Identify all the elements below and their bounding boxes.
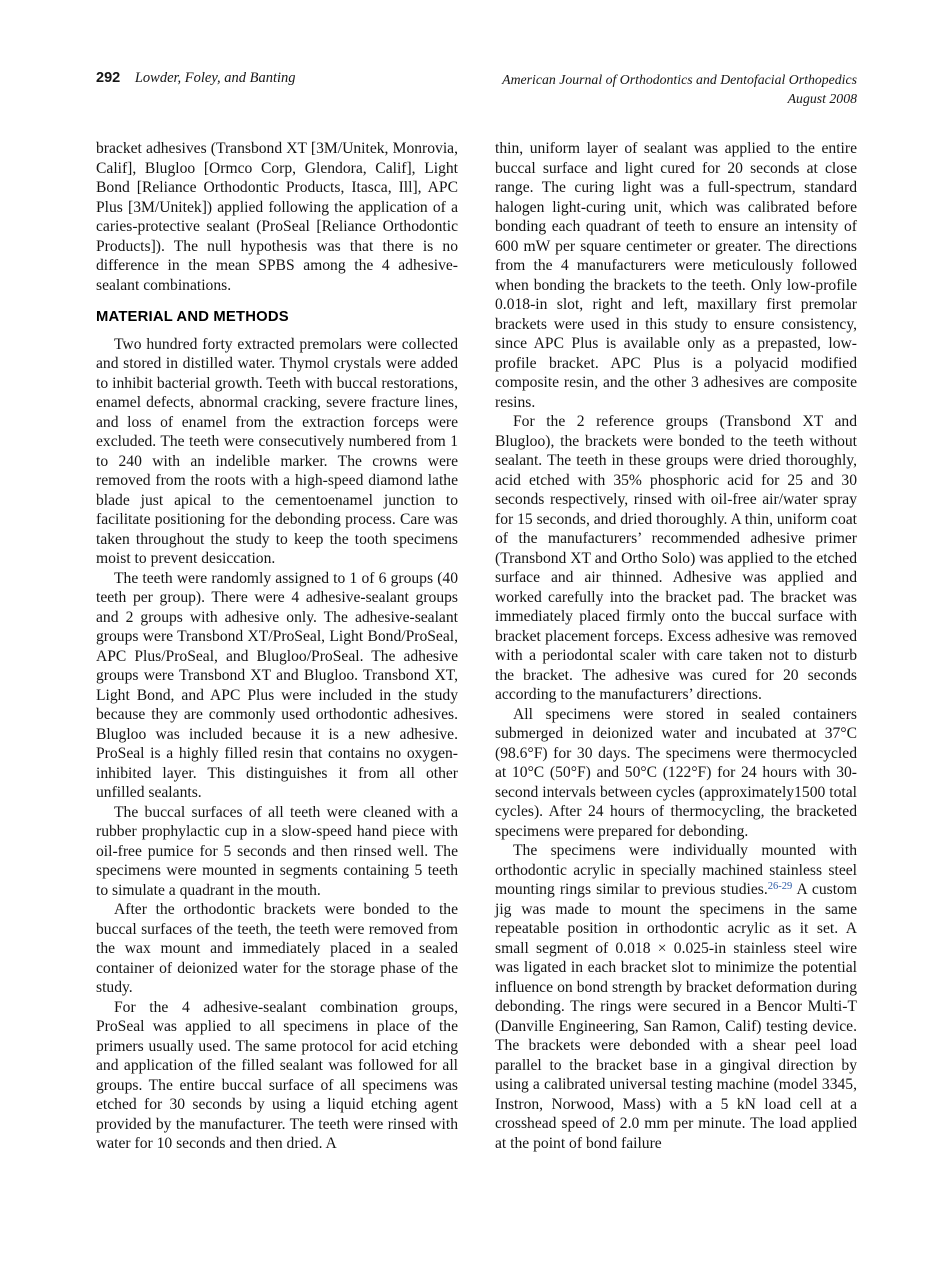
page-header: 292 Lowder, Foley, and Banting American … xyxy=(96,70,857,108)
running-authors: Lowder, Foley, and Banting xyxy=(135,70,296,86)
mounting-text-after-citation: A custom jig was made to mount the speci… xyxy=(495,881,857,1152)
issue-date: August 2008 xyxy=(502,89,857,108)
reference-citation-26-29[interactable]: 26-29 xyxy=(768,881,793,892)
right-column: thin, uniform layer of sealant was appli… xyxy=(495,139,857,1154)
journal-title: American Journal of Orthodontics and Den… xyxy=(502,70,857,89)
section-heading-material-and-methods: MATERIAL AND METHODS xyxy=(96,308,458,328)
page-number: 292 xyxy=(96,70,120,86)
sealant-curing-continued-paragraph: thin, uniform layer of sealant was appli… xyxy=(495,139,857,412)
running-head-right: American Journal of Orthodontics and Den… xyxy=(502,70,857,108)
sealant-protocol-paragraph: For the 4 adhesive-sealant combination g… xyxy=(96,998,458,1154)
storage-paragraph: After the orthodontic brackets were bond… xyxy=(96,900,458,998)
reference-groups-paragraph: For the 2 reference groups (Transbond XT… xyxy=(495,412,857,705)
journal-page: 292 Lowder, Foley, and Banting American … xyxy=(0,0,950,1272)
thermocycling-paragraph: All specimens were stored in sealed cont… xyxy=(495,705,857,842)
two-column-body: bracket adhesives (Transbond XT [3M/Unit… xyxy=(96,139,857,1154)
group-assignment-paragraph: The teeth were randomly assigned to 1 of… xyxy=(96,569,458,803)
intro-continued-paragraph: bracket adhesives (Transbond XT [3M/Unit… xyxy=(96,139,458,295)
surface-cleaning-paragraph: The buccal surfaces of all teeth were cl… xyxy=(96,803,458,901)
running-head-left: 292 Lowder, Foley, and Banting xyxy=(96,70,296,87)
mounting-debonding-paragraph: The specimens were individually mounted … xyxy=(495,841,857,1153)
specimen-collection-paragraph: Two hundred forty extracted premolars we… xyxy=(96,335,458,569)
left-column: bracket adhesives (Transbond XT [3M/Unit… xyxy=(96,139,458,1154)
